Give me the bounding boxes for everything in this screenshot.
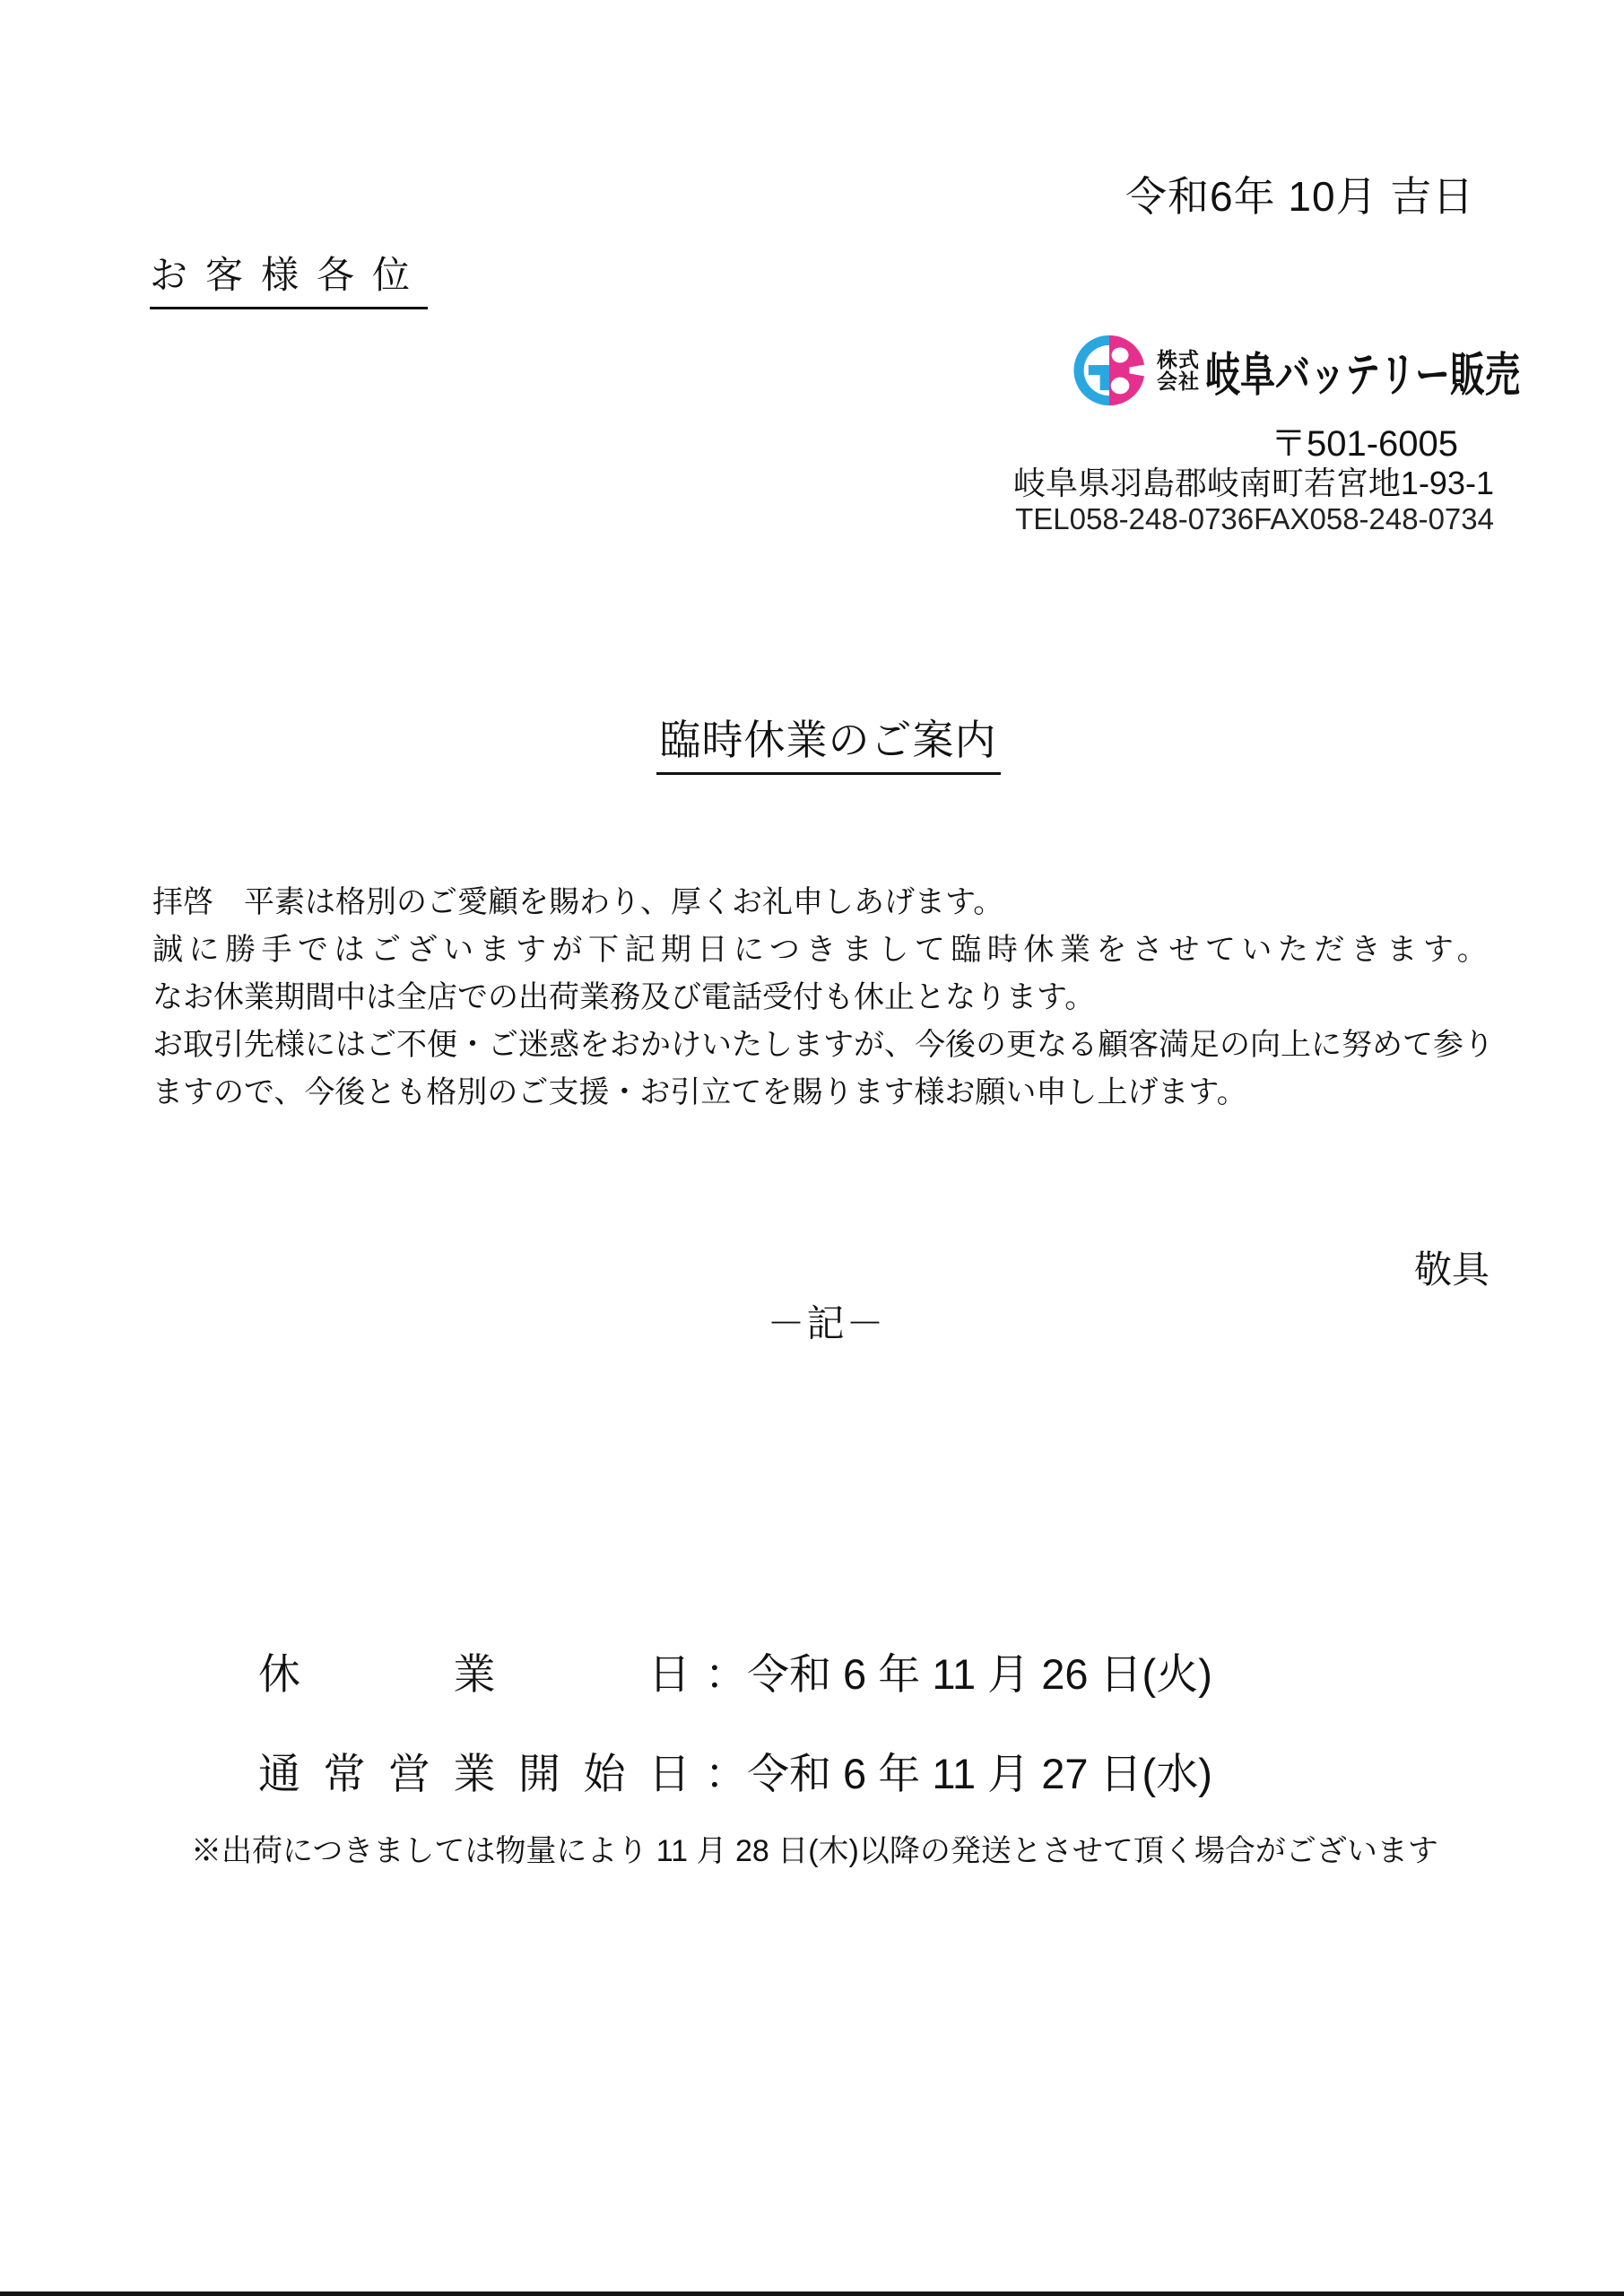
record-marker: －記－ bbox=[767, 1294, 885, 1348]
company-prefix: 株式 会社 bbox=[1157, 349, 1200, 392]
company-prefix-bottom: 会社 bbox=[1157, 370, 1200, 392]
scan-edge-line bbox=[0, 2292, 1624, 2296]
tel-fax-line: TEL058-248-0736FAX058-248-0734 bbox=[1013, 502, 1494, 536]
company-address-block: 〒501-6005 岐阜県羽島郡岐南町若宮地1-93-1 TEL058-248-… bbox=[1013, 423, 1494, 536]
postal-code: 〒501-6005 bbox=[1013, 423, 1458, 465]
recipient: お客様各位 bbox=[150, 246, 428, 309]
closure-date-line: 休業日：令和 6 年 11 月 26 日(火) bbox=[258, 1641, 1212, 1701]
company-logo-icon bbox=[1071, 335, 1148, 406]
company-signature-block: 株式 会社 岐阜バッテリー販売 bbox=[1071, 334, 1624, 407]
body-line-3: なお休業期間中は全店での出荷業務及び電話受付も休止となります。 bbox=[152, 974, 1515, 1022]
document-title: 臨時休業のご案内 bbox=[656, 708, 1001, 775]
reopen-date-label: 通常営業開始日 bbox=[258, 1741, 690, 1801]
reopen-date-value: ：令和 6 年 11 月 27 日(水) bbox=[705, 1750, 1212, 1797]
closure-date-label: 休業日 bbox=[258, 1641, 690, 1701]
reopen-date-line: 通常営業開始日：令和 6 年 11 月 27 日(水) bbox=[258, 1741, 1212, 1801]
body-line-5: ますので、今後とも格別のご支援・お引立てを賜ります様お願い申し上げます。 bbox=[152, 1069, 1515, 1117]
letter-page: 令和6年 10月 吉日 お客様各位 bbox=[0, 0, 1624, 2296]
company-prefix-top: 株式 bbox=[1157, 349, 1200, 370]
shipping-note: ※出荷につきましては物量により 11 月 28 日(木)以降の発送とさせて頂く場… bbox=[191, 1826, 1438, 1870]
body-line-1: 拝啓 平素は格別のご愛顧を賜わり、厚くお礼申しあげます。 bbox=[152, 879, 1515, 926]
body-line-4: お取引先様にはご不便・ご迷惑をおかけいたしますが、今後の更なる顧客満足の向上に努… bbox=[152, 1022, 1515, 1069]
closing-word: 敬具 bbox=[1414, 1240, 1489, 1294]
issue-date: 令和6年 10月 吉日 bbox=[1125, 164, 1474, 223]
closure-date-value: ：令和 6 年 11 月 26 日(火) bbox=[705, 1650, 1212, 1698]
street-address: 岐阜県羽島郡岐南町若宮地1-93-1 bbox=[1013, 465, 1494, 502]
company-name: 岐阜バッテリー販売 bbox=[1205, 337, 1520, 404]
body-paragraph: 拝啓 平素は格別のご愛顧を賜わり、厚くお礼申しあげます。 誠に勝手ではございます… bbox=[152, 879, 1515, 1117]
body-line-2: 誠に勝手ではございますが下記期日につきまして臨時休業をさせていただきます。 bbox=[152, 926, 1515, 974]
